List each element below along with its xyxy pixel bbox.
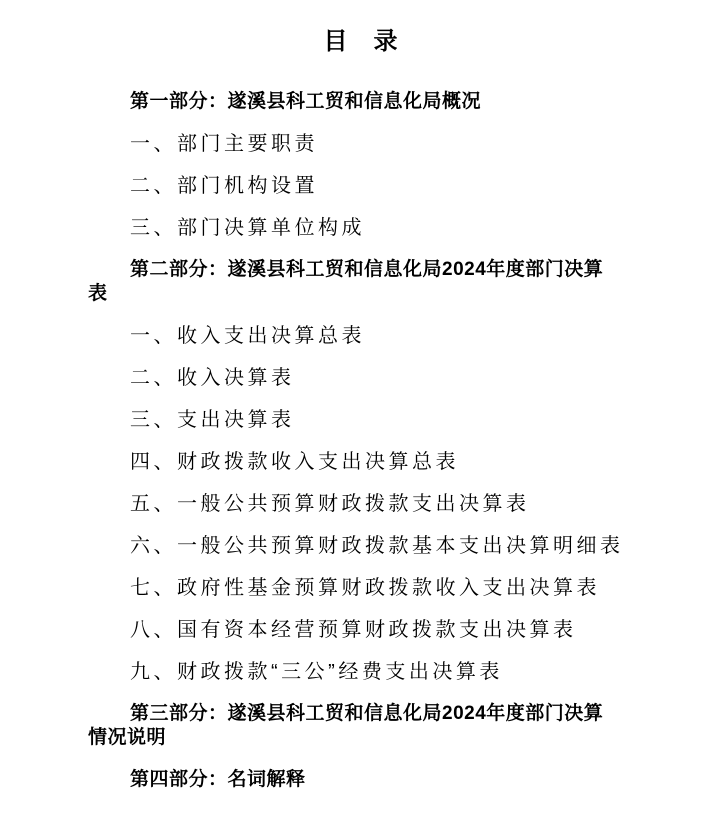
section-4-heading: 第四部分：名词解释 (88, 768, 634, 792)
section-2-item-2: 二、收入决算表 (88, 366, 634, 390)
section-1-heading: 第一部分：遂溪县科工贸和信息化局概况 (88, 90, 634, 114)
section-3-heading: 第三部分：遂溪县科工贸和信息化局2024年度部门决算 情况说明 (88, 702, 634, 750)
section-2-item-4: 四、财政拨款收入支出决算总表 (88, 450, 634, 474)
doc-title: 目 录 (88, 28, 634, 56)
section-1-item-2: 二、部门机构设置 (88, 174, 634, 198)
section-2-item-1: 一、收入支出决算总表 (88, 324, 634, 348)
section-1-item-1: 一、部门主要职责 (88, 132, 634, 156)
section-2-item-3: 三、支出决算表 (88, 408, 634, 432)
section-2-item-6: 六、一般公共预算财政拨款基本支出决算明细表 (88, 534, 634, 558)
section-2-heading: 第二部分：遂溪县科工贸和信息化局2024年度部门决算 表 (88, 258, 634, 306)
section-1-item-3: 三、部门决算单位构成 (88, 216, 634, 240)
section-2-item-8: 八、国有资本经营预算财政拨款支出决算表 (88, 618, 634, 642)
section-2-item-5: 五、一般公共预算财政拨款支出决算表 (88, 492, 634, 516)
section-2-item-9: 九、财政拨款“三公”经费支出决算表 (88, 660, 634, 684)
document-page: 目 录 第一部分：遂溪县科工贸和信息化局概况 一、部门主要职责 二、部门机构设置… (0, 0, 704, 820)
section-2-item-7: 七、政府性基金预算财政拨款收入支出决算表 (88, 576, 634, 600)
